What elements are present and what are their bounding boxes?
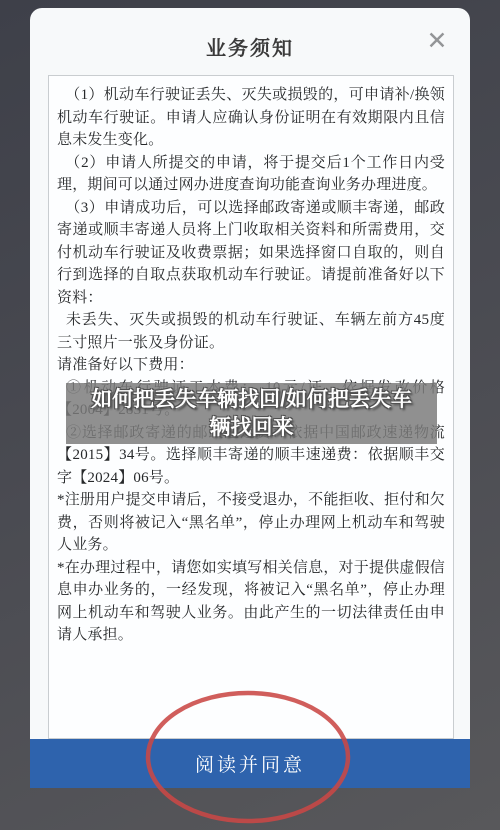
notice-paragraph: （1）机动车行驶证丢失、灭失或损毁的，可申请补/换领机动车行驶证。申请人应确认身… — [57, 84, 445, 152]
modal-header: 业务须知 ✕ — [30, 8, 470, 66]
notice-paragraph: 未丢失、灭失或损毁的机动车行驶证、车辆左前方45度三寸照片一张及身份证。 — [57, 309, 445, 354]
caption-overlay: 如何把丢失车辆找回/如何把丢失车 辆找回来 — [66, 383, 437, 444]
notice-paragraph: （2）申请人所提交的申请，将于提交后1个工作日内受理，期间可以通过网办进度查询功… — [57, 152, 445, 197]
agree-button[interactable]: 阅读并同意 — [30, 739, 470, 788]
notice-paragraph: *在办理过程中，请您如实填写相关信息，对于提供虚假信息申办业务的，一经发现，将被… — [57, 557, 445, 647]
caption-line-2: 辆找回来 — [210, 414, 294, 442]
caption-line-1: 如何把丢失车辆找回/如何把丢失车 — [91, 386, 412, 414]
dim-background: 业务须知 ✕ （1）机动车行驶证丢失、灭失或损毁的，可申请补/换领机动车行驶证。… — [0, 0, 500, 830]
notice-paragraphs: （1）机动车行驶证丢失、灭失或损毁的，可申请补/换领机动车行驶证。申请人应确认身… — [57, 84, 445, 647]
notice-paragraph: （3）申请成功后，可以选择邮政寄递或顺丰寄递，邮政寄递或顺丰寄递人员将上门收取相… — [57, 197, 445, 310]
close-icon[interactable]: ✕ — [424, 28, 450, 54]
modal-title: 业务须知 — [30, 8, 470, 61]
notice-paragraph: *注册用户提交申请后，不接受退办，不能拒收、拒付和欠费，否则将被记入“黑名单”，… — [57, 489, 445, 557]
notice-paragraph: 请准备好以下费用： — [57, 354, 445, 377]
